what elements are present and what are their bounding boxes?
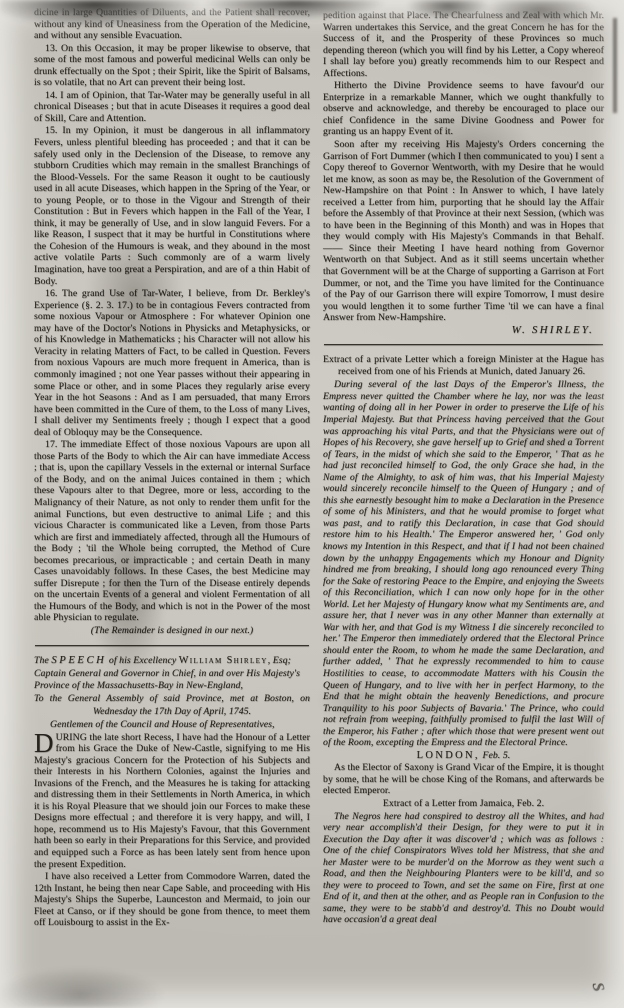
right-column: pedition against that Place. The Chearfu… (323, 7, 604, 930)
text-columns: dicine in large Quantities of Diluents, … (34, 7, 604, 930)
speech-heading-mid: of his Excellency (106, 655, 178, 666)
speech-paragraph-5: Soon after my receiving His Majesty's Or… (323, 139, 604, 324)
speech-paragraph-4: Hitherto the Divine Providence seems to … (323, 80, 604, 138)
speech-paragraph-3-continued: pedition against that Place. The Chearfu… (323, 10, 604, 79)
tar-water-paragraph-15: 15. In my Opinion, it must be dangerous … (34, 125, 310, 287)
speech-venue-line: To the General Assembly of said Province… (34, 693, 310, 718)
scan-edge-streak (613, 18, 617, 113)
remainder-note: (The Remainder is designed in our next.) (34, 625, 310, 637)
governor-name: William Shirley (179, 655, 268, 666)
left-column: dicine in large Quantities of Diluents, … (34, 7, 310, 930)
munich-letter-body: During several of the last Days of the E… (323, 379, 604, 749)
speech-paragraph-1: DURING the late short Recess, I have had… (34, 732, 310, 871)
tar-water-paragraph-17: 17. The immediate Effect of those noxiou… (34, 439, 310, 624)
speech-heading-esq: , Esq; (268, 655, 291, 666)
london-dateline: LONDON, Feb. 5. (323, 750, 604, 762)
tar-water-paragraph-continued: dicine in large Quantities of Diluents, … (34, 7, 310, 42)
london-dateline-date: Feb. 5. (480, 750, 510, 761)
munich-letter-heading: Extract of a private Letter which a fore… (323, 354, 604, 378)
ink-flourish-mark: S (588, 981, 607, 993)
jamaica-letter-body: The Negros here had conspired to destroy… (323, 811, 604, 926)
jamaica-letter-heading: Extract of a Letter from Jamaica, Feb. 2… (323, 798, 604, 810)
signature-w-shirley: W. SHIRLEY. (323, 325, 604, 337)
speech-heading-titles: Captain General and Governor in Chief, i… (34, 668, 310, 693)
tar-water-paragraph-13: 13. On this Occasion, it may be proper l… (34, 43, 310, 89)
london-dateline-city: LONDON, (417, 750, 480, 761)
speech-heading: The SPEECH of his Excellency William Shi… (34, 655, 310, 667)
section-divider-rule (324, 344, 603, 345)
speech-heading-lead: The (34, 655, 51, 666)
speech-heading-word-speech: SPEECH (51, 655, 106, 666)
tar-water-paragraph-16: 16. The grand Use of Tar-Water, I believ… (34, 288, 310, 438)
london-news-paragraph: As the Elector of Saxony is Grand Vicar … (323, 762, 604, 797)
speech-salutation: Gentlemen of the Council and House of Re… (34, 719, 310, 731)
newspaper-page-scan: dicine in large Quantities of Diluents, … (0, 0, 624, 1008)
speech-paragraph-2: I have also received a Letter from Commo… (34, 871, 310, 929)
tar-water-paragraph-14: 14. I am of Opinion, that Tar-Water may … (34, 90, 310, 125)
section-divider-rule (35, 645, 309, 646)
